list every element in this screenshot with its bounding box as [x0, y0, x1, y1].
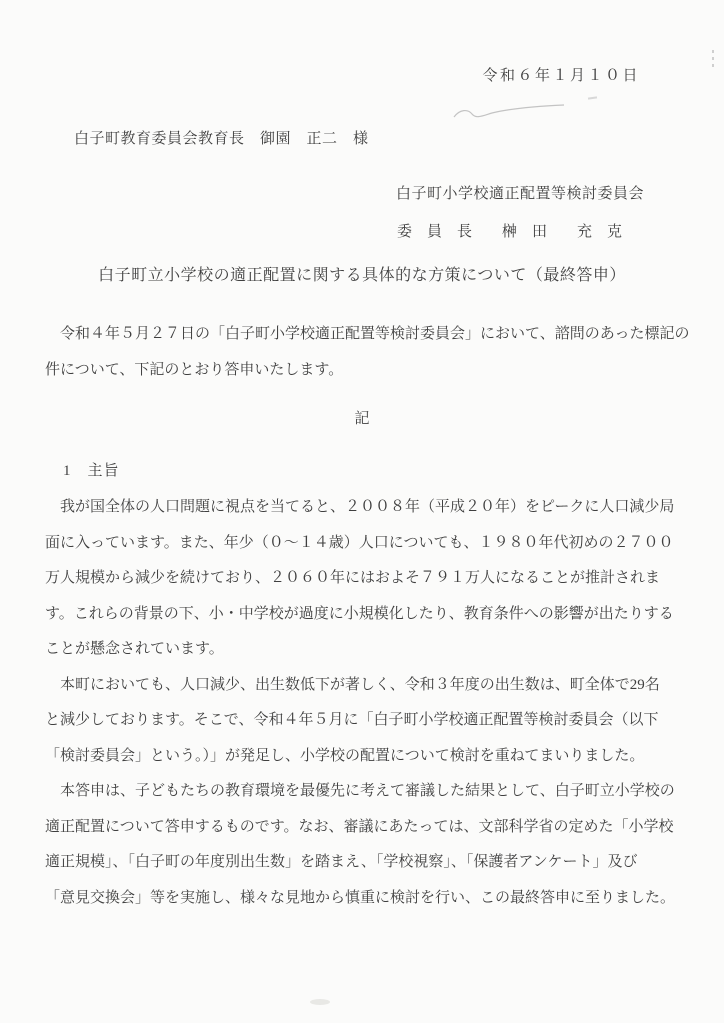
body-line: 「意見交換会」等を実施し、様々な見地から慎重に検討を行い、この最終答申に至りまし…	[45, 881, 705, 917]
body-line: と減少しております。そこで、令和４年５月に「白子町小学校適正配置等検討委員会（以…	[45, 703, 705, 739]
body-line: 本答申は、子どもたちの教育環境を最優先に考えて審議した結果として、白子町立小学校…	[45, 774, 705, 810]
intro-line: 令和４年５月２７日の「白子町小学校適正配置等検討委員会」において、諮問のあった標…	[45, 316, 690, 352]
body-line: 我が国全体の人口問題に視点を当てると、２００８年（平成２０年）をピークに人口減少…	[45, 490, 705, 526]
sender-organization: 白子町小学校適正配置等検討委員会	[396, 182, 644, 203]
intro-paragraph: 令和４年５月２７日の「白子町小学校適正配置等検討委員会」において、諮問のあった標…	[45, 316, 690, 388]
scanned-document-page: 令和６年１月１０日 白子町教育委員会教育長 御園 正二 様 白子町小学校適正配置…	[0, 0, 724, 1023]
section-1-heading: 1 主旨	[63, 459, 120, 480]
document-date: 令和６年１月１０日	[482, 64, 640, 85]
body-line: 「検討委員会」という。）」が発足し、小学校の配置について検討を重ねてまいりました…	[45, 739, 705, 775]
intro-line: 件について、下記のとおり答申いたします。	[45, 352, 690, 388]
body-line: ことが懸念されています。	[45, 632, 705, 668]
scan-artifact-edge-dots	[712, 50, 714, 71]
scan-artifact-smudge	[310, 999, 330, 1005]
sender-chairman-name: 委 員 長 榊 田 充 克	[397, 220, 622, 241]
ki-marker: 記	[0, 407, 724, 428]
body-line: 適正規模」、「白子町の年度別出生数」を踏まえ、「学校視察」、「保護者アンケート」…	[45, 845, 705, 881]
body-line: 本町においても、人口減少、出生数低下が著しく、令和３年度の出生数は、町全体で29…	[45, 668, 705, 704]
document-title: 白子町立小学校の適正配置に関する具体的な方策について（最終答申）	[0, 262, 724, 285]
scan-artifact-pen-squiggle	[452, 100, 567, 122]
scan-artifact-dash	[588, 96, 597, 99]
body-line: 面に入っています。また、年少（０～１４歳）人口についても、１９８０年代初めの２７…	[45, 526, 705, 562]
addressee-line: 白子町教育委員会教育長 御園 正二 様	[74, 127, 369, 148]
body-line: す。これらの背景の下、小・中学校が過度に小規模化したり、教育条件への影響が出たり…	[45, 597, 705, 633]
body-line: 適正配置について答申するものです。なお、審議にあたっては、文部科学省の定めた「小…	[45, 810, 705, 846]
body-line: 万人規模から減少を続けており、２０６０年にはおよそ７９１万人になることが推計され…	[45, 561, 705, 597]
section-1-body: 我が国全体の人口問題に視点を当てると、２００８年（平成２０年）をピークに人口減少…	[45, 490, 705, 916]
